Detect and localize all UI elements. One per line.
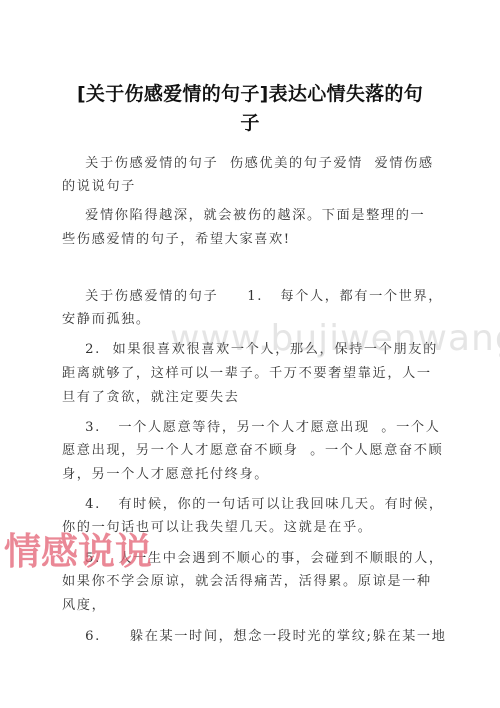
- body-line: 身，另一个人才愿意托付终身。: [62, 466, 269, 484]
- body-line: 风度，: [62, 597, 106, 615]
- body-line: 关于伤感爱情的句子 伤感优美的句子爱情 爱情伤感: [62, 155, 434, 173]
- document-page: [关于伤感爱情的句子]表达心情失落的句 子 关于伤感爱情的句子 伤感优美的句子爱…: [0, 0, 500, 708]
- body-line: 的说说句子: [62, 178, 136, 196]
- body-line: 6. 躲在某一时间，想念一段时光的掌纹;躲在某一地: [62, 628, 447, 646]
- body-line: 愿意出现，另一个人才愿意奋不顾身 。一个人愿意奋不顾: [62, 442, 443, 460]
- body-line: 距离就够了，这样可以一辈子。千万不要奢望靠近，人一: [62, 365, 432, 383]
- body-line: 爱情你陷得越深，就会被伤的越深。下面是整理的一: [62, 207, 425, 225]
- document-title: [关于伤感爱情的句子]表达心情失落的句 子: [60, 80, 440, 138]
- body-line: 些伤感爱情的句子，希望大家喜欢!: [62, 231, 291, 249]
- title-line-1: [关于伤感爱情的句子]表达心情失落的句: [60, 80, 440, 109]
- body-line: 关于伤感爱情的句子 1. 每个人，都有一个世界，: [62, 288, 443, 306]
- body-line: 安静而孤独。: [62, 311, 151, 329]
- body-line: 如果你不学会原谅，就会活得痛苦，活得累。原谅是一种: [62, 573, 432, 591]
- body-line: 你的一句话也可以让我失望几天。这就是在乎。: [62, 519, 373, 537]
- body-line: 5. 人一生中会遇到不顺心的事，会碰到不顺眼的人，: [62, 550, 444, 568]
- body-line: 4. 有时候，你的一句话可以让我回味几天。有时候，: [62, 496, 444, 514]
- body-line: 旦有了贪欲，就注定要失去: [62, 389, 239, 407]
- title-line-2: 子: [60, 109, 440, 138]
- body-line: 2. 如果很喜欢很喜欢一个人，那么，保持一个朋友的: [62, 341, 438, 359]
- body-line: 3. 一个人愿意等待，另一个人才愿意出现 。一个人: [62, 419, 440, 437]
